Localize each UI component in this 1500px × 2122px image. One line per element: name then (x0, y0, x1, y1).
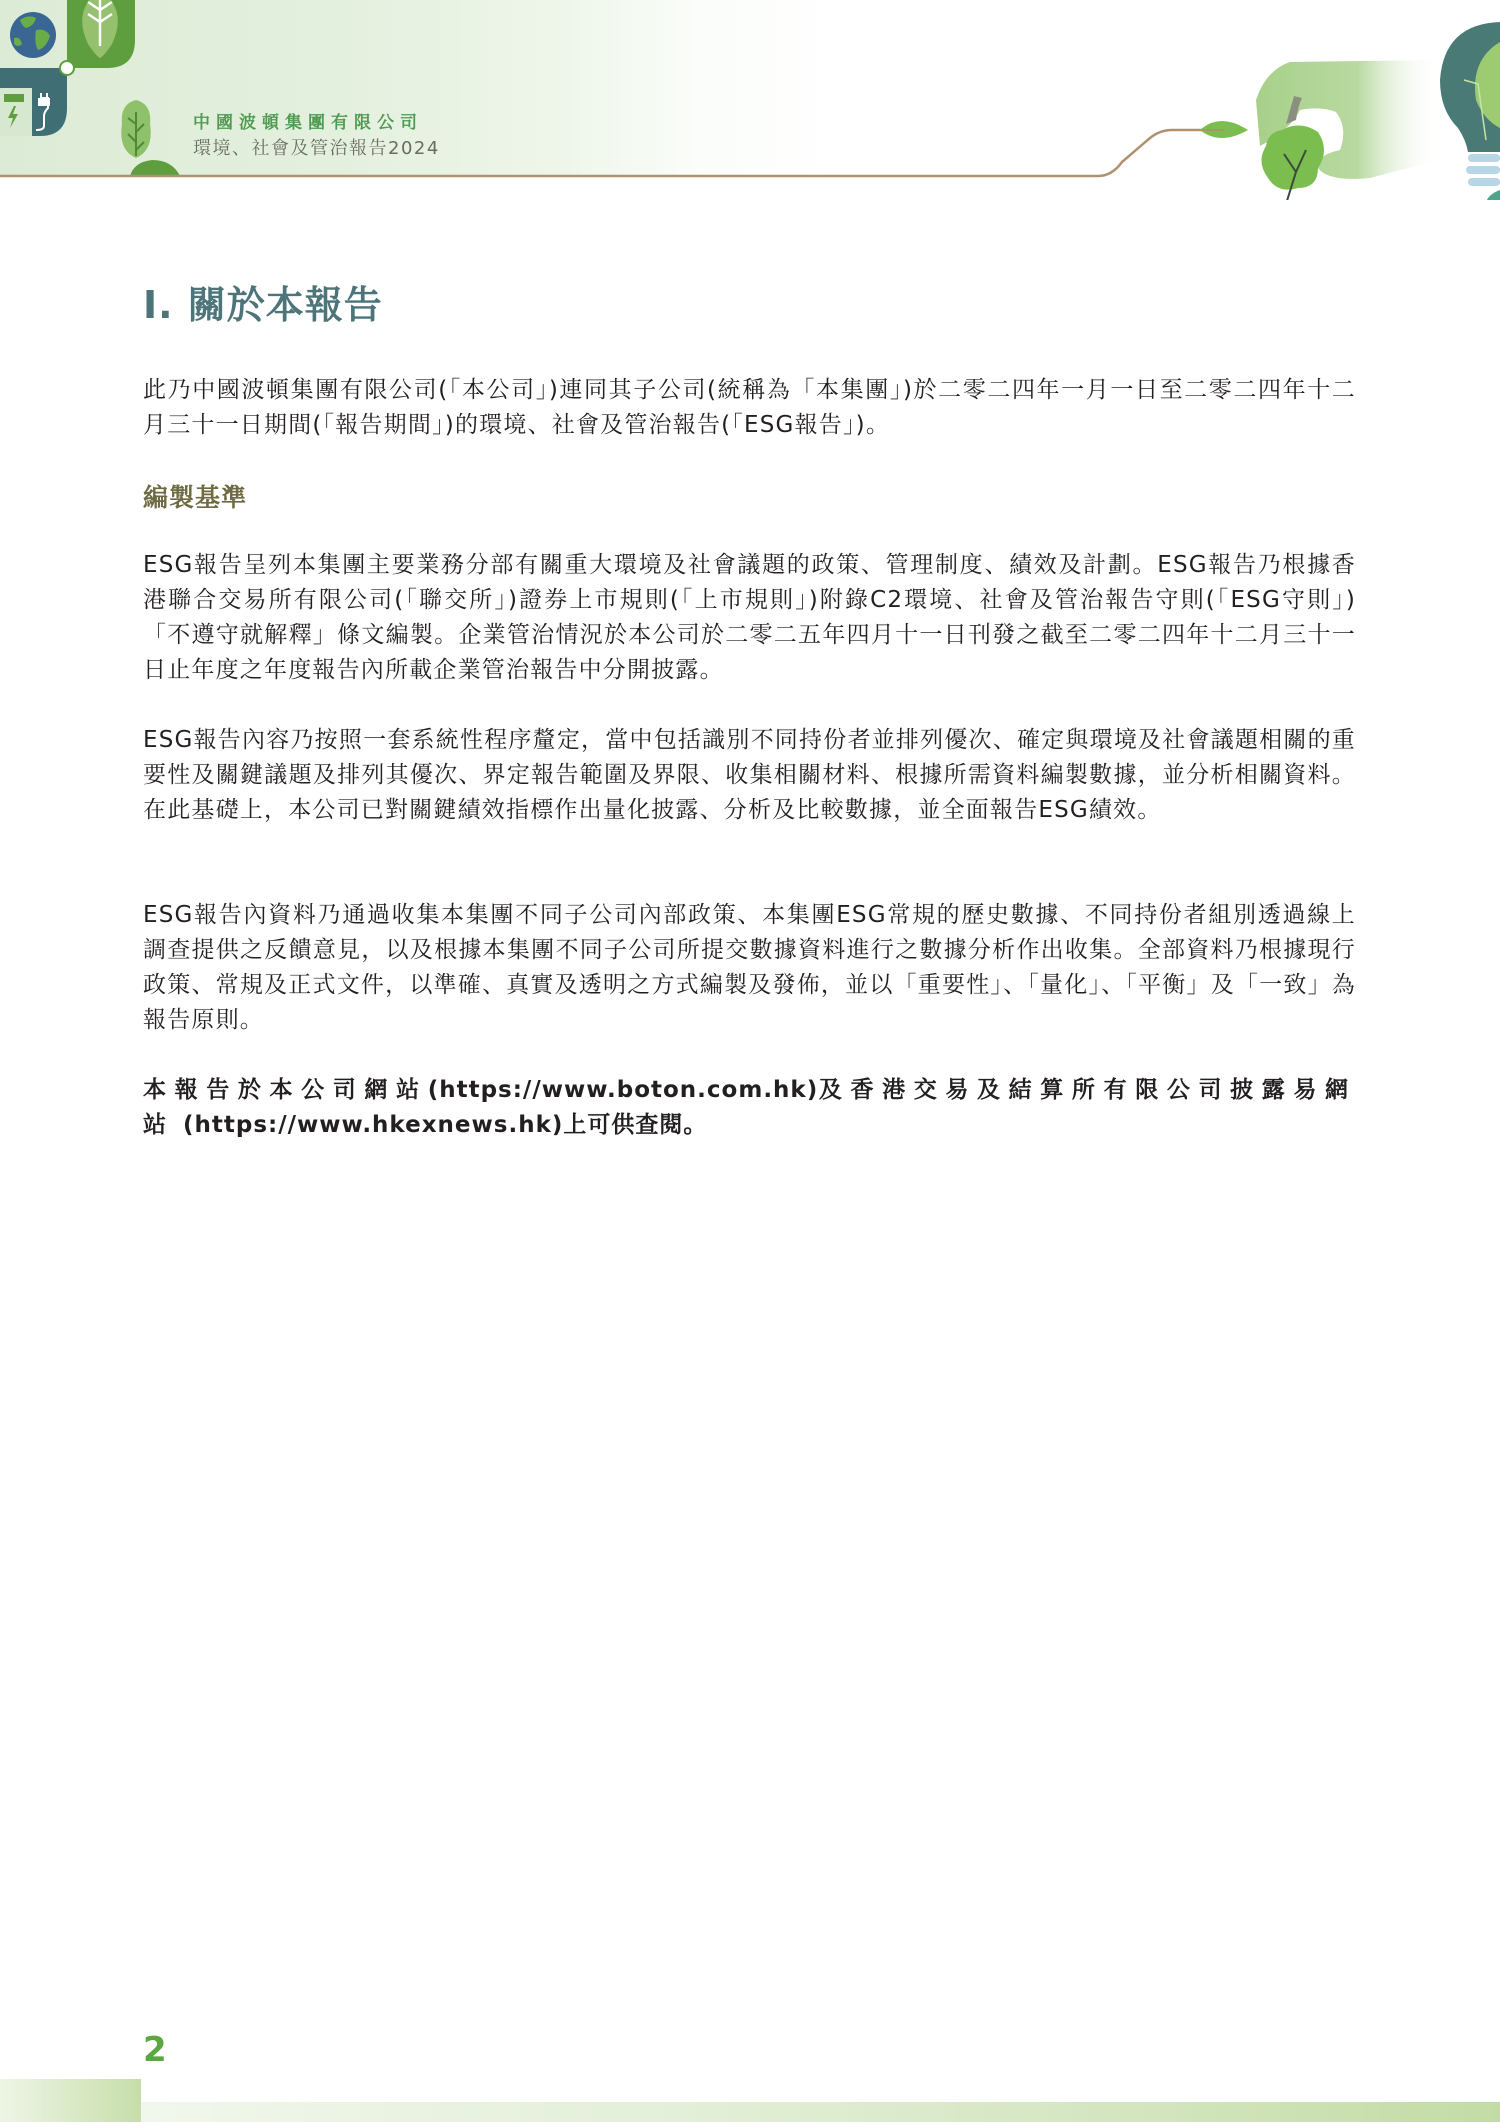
body-paragraph-1: ESG報告呈列本集團主要業務分部有關重大環境及社會議題的政策、管理制度、績效及計… (143, 548, 1356, 688)
availability-prefix: 本報告於本公司網站 (143, 1077, 428, 1103)
body-paragraph-2: ESG報告內容乃按照一套系統性程序釐定，當中包括識別不同持份者並排列優次、確定與… (143, 723, 1356, 828)
footer-accent-block (0, 2079, 141, 2122)
light-bulb-icon (1440, 22, 1500, 200)
leaf-on-stem-icon (1200, 121, 1248, 138)
header-divider-line (0, 0, 1500, 200)
page-title: I. 關於本報告 (143, 280, 1356, 330)
section-heading-basis-of-preparation: 編製基準 (143, 478, 247, 514)
body-paragraph-3: ESG報告內資料乃通過收集本集團不同子公司內部政策、本集團ESG常規的歷史數據、… (143, 898, 1356, 1038)
hand-holding-tree-icon (1256, 60, 1440, 200)
intro-paragraph: 此乃中國波頓集團有限公司(「本公司」)連同其子公司(統稱為「本集團」)於二零二四… (143, 373, 1356, 443)
footer-gradient-bar (141, 2102, 1500, 2122)
company-website-link[interactable]: (https://www.boton.com.hk) (428, 1077, 819, 1103)
page-header: 中國波頓集團有限公司 環境、社會及管治報告2024 (0, 0, 1500, 180)
availability-suffix: 上可供查閱。 (563, 1112, 707, 1138)
page-title-wrapper: I. 關於本報告 (143, 280, 1356, 330)
page-number: 2 (143, 2030, 167, 2070)
availability-statement: 本報告於本公司網站(https://www.boton.com.hk)及香港交易… (143, 1073, 1356, 1143)
hkexnews-website-link[interactable]: (https://www.hkexnews.hk) (183, 1112, 563, 1138)
